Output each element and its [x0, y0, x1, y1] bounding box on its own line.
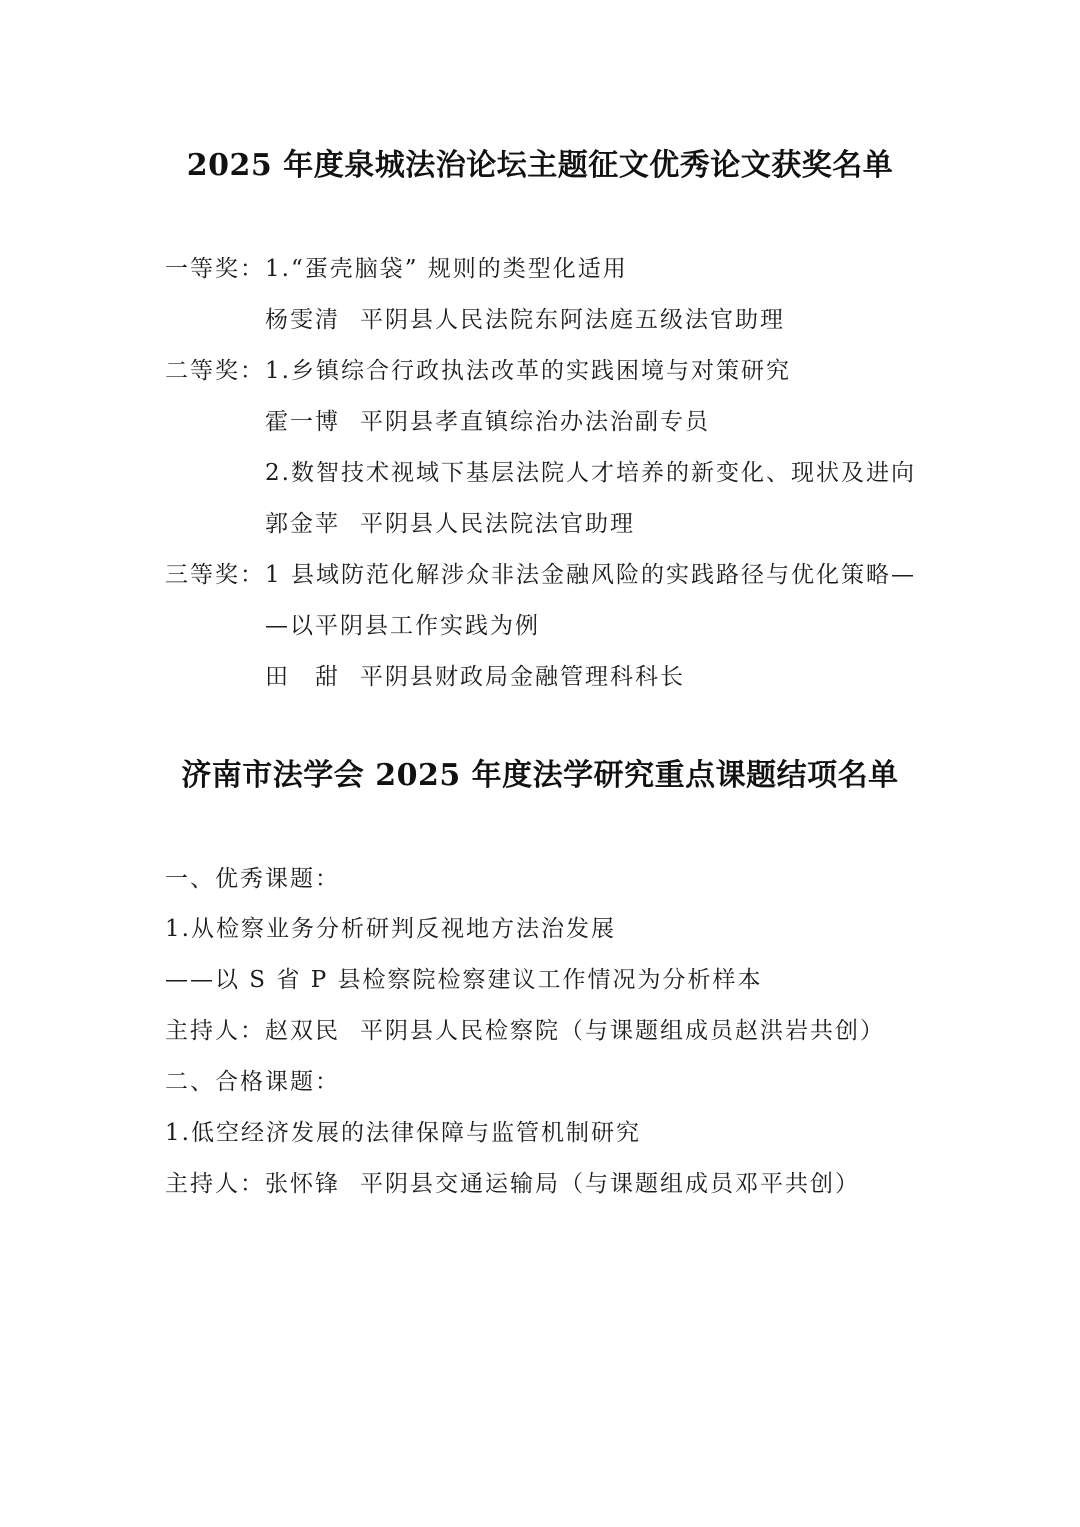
- award-second-paper-2: 2.数智技术视域下基层法院人才培养的新变化、现状及进向: [265, 454, 916, 487]
- host-label: 主持人：: [165, 1018, 265, 1044]
- award-second-author-line-1: 霍一博平阴县孝直镇综治办法治副专员: [265, 403, 710, 436]
- author-affiliation: 平阴县人民法院法官助理: [360, 511, 635, 537]
- qualified-topic: 1.低空经济发展的法律保障与监管机制研究: [165, 1114, 641, 1147]
- author-affiliation: 平阴县孝直镇综治办法治副专员: [360, 409, 710, 435]
- award-third-paper: 1 县域防范化解涉众非法金融风险的实践路径与优化策略—: [265, 562, 916, 588]
- author-name: 杨雯清: [265, 307, 340, 333]
- award-third-author-line: 田 甜平阴县财政局金融管理科科长: [265, 658, 685, 691]
- category-qualified-heading: 二、合格课题：: [165, 1063, 340, 1096]
- award-third-paper-cont: —以平阴县工作实践为例: [265, 607, 540, 640]
- host-name: 张怀锋: [265, 1171, 340, 1197]
- author-name: 田 甜: [265, 664, 340, 690]
- excellent-subtitle: ——以 S 省 P 县检察院检察建议工作情况为分析样本: [165, 961, 762, 994]
- award-first-label: 一等奖：: [165, 250, 265, 283]
- section2-title: 济南市法学会 2025 年度法学研究重点课题结项名单: [0, 750, 1080, 794]
- award-second-paper-1: 1.乡镇综合行政执法改革的实践困境与对策研究: [265, 358, 791, 384]
- author-name: 郭金苹: [265, 511, 340, 537]
- author-affiliation: 平阴县人民法院东阿法庭五级法官助理: [360, 307, 785, 333]
- award-third-line: 三等奖：1 县域防范化解涉众非法金融风险的实践路径与优化策略—: [165, 556, 916, 589]
- excellent-topic: 1.从检察业务分析研判反视地方法治发展: [165, 910, 616, 943]
- qualified-host-line: 主持人：张怀锋平阴县交通运输局（与课题组成员邓平共创）: [165, 1165, 860, 1198]
- award-second-author-line-2: 郭金苹平阴县人民法院法官助理: [265, 505, 635, 538]
- section1-title: 2025 年度泉城法治论坛主题征文优秀论文获奖名单: [0, 140, 1080, 184]
- award-first-author-line: 杨雯清平阴县人民法院东阿法庭五级法官助理: [265, 301, 785, 334]
- document-page: 2025 年度泉城法治论坛主题征文优秀论文获奖名单 一等奖：1.“蛋壳脑袋” 规…: [0, 0, 1080, 1527]
- award-second-line: 二等奖：1.乡镇综合行政执法改革的实践困境与对策研究: [165, 352, 791, 385]
- author-name: 霍一博: [265, 409, 340, 435]
- host-name: 赵双民: [265, 1018, 340, 1044]
- award-first-line: 一等奖：1.“蛋壳脑袋” 规则的类型化适用: [165, 250, 628, 283]
- excellent-host-line: 主持人：赵双民平阴县人民检察院（与课题组成员赵洪岩共创）: [165, 1012, 885, 1045]
- host-affiliation: 平阴县交通运输局（与课题组成员邓平共创）: [360, 1171, 860, 1197]
- award-second-label: 二等奖：: [165, 352, 265, 385]
- author-affiliation: 平阴县财政局金融管理科科长: [360, 664, 685, 690]
- host-label: 主持人：: [165, 1171, 265, 1197]
- category-excellent-heading: 一、优秀课题：: [165, 860, 340, 893]
- award-third-label: 三等奖：: [165, 556, 265, 589]
- award-first-paper: 1.“蛋壳脑袋” 规则的类型化适用: [265, 256, 628, 282]
- host-affiliation: 平阴县人民检察院（与课题组成员赵洪岩共创）: [360, 1018, 885, 1044]
